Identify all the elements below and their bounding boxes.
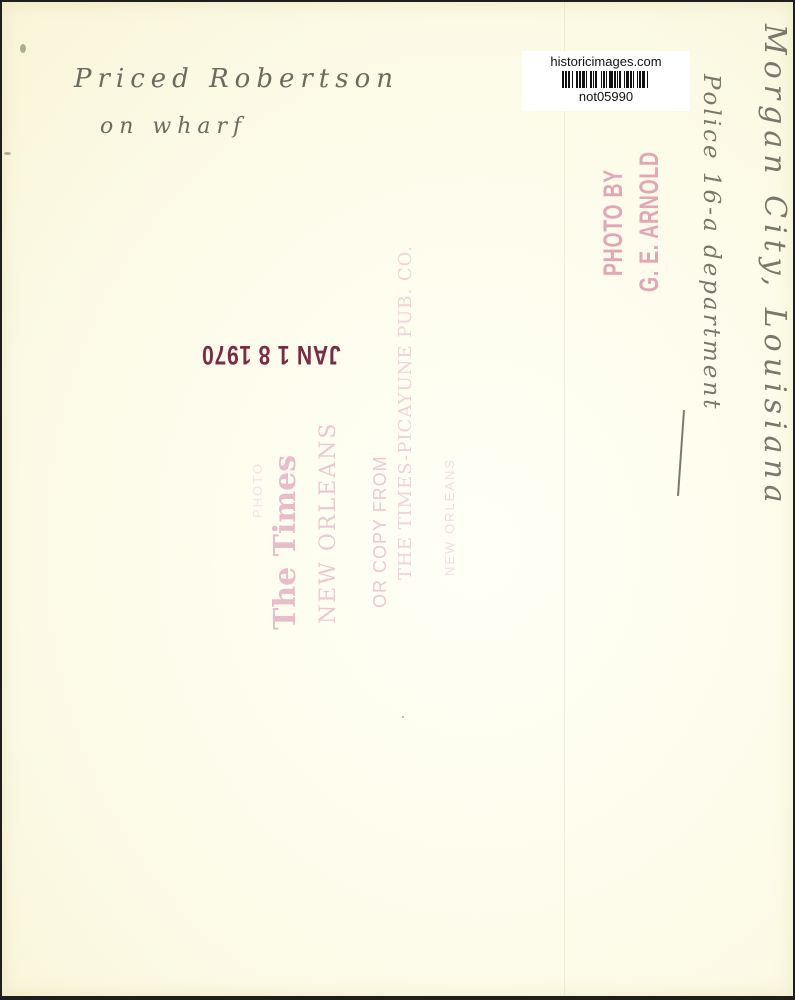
paper-fleck	[402, 716, 404, 718]
handwritten-caption-line-1: Priced Robertson	[74, 64, 399, 94]
handwritten-location: Morgan City, Louisiana	[757, 24, 792, 509]
barcode-icon	[562, 71, 650, 88]
newspaper-stamp-line-4: THE TIMES-PICAYUNE PUB. CO.	[395, 245, 416, 580]
handwritten-subject: Police 16-a department	[698, 74, 724, 411]
date-stamp: JAN 1 8 1970	[245, 339, 340, 370]
barcode-id-text: not05990	[579, 89, 633, 104]
newspaper-stamp-line-2: NEW ORLEANS	[316, 422, 341, 624]
paper-fleck	[4, 152, 11, 155]
newspaper-masthead-stamp: The Times	[268, 455, 303, 630]
barcode-label: historicimages.com not05990	[522, 51, 690, 111]
newspaper-stamp-line-3: OR COPY FROM	[370, 455, 391, 608]
photo-back-paper: Priced Robertson on wharf Morgan City, L…	[2, 2, 793, 996]
newspaper-stamp-line-6: PHOTO	[250, 462, 265, 518]
handwritten-caption-line-2: on wharf	[100, 114, 247, 139]
paper-crease	[564, 2, 565, 996]
paper-fleck	[20, 44, 26, 53]
photographer-stamp-line-1: PHOTO BY	[598, 169, 629, 276]
handwritten-underline	[677, 410, 685, 496]
newspaper-stamp-line-5: NEW ORLEANS	[442, 458, 457, 576]
photographer-stamp-line-2: G. E. ARNOLD	[634, 151, 665, 292]
barcode-site-text: historicimages.com	[550, 54, 661, 69]
